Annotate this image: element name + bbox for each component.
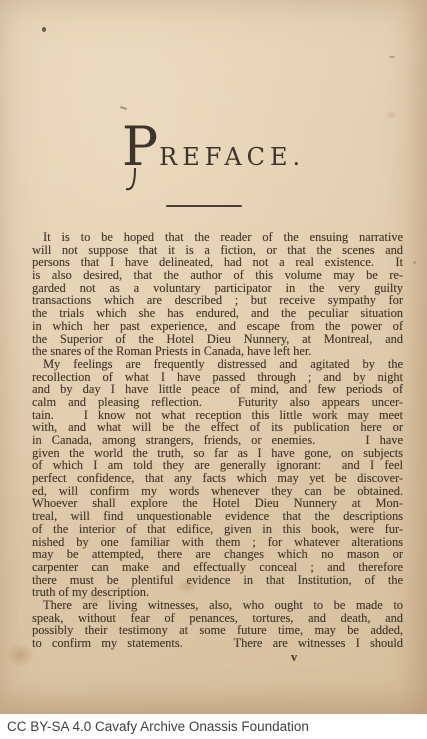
ink-speck [42, 27, 46, 32]
title-divider-rule [166, 205, 242, 207]
initial-descender-flourish [126, 168, 140, 196]
page-number: v [282, 650, 306, 665]
text-line: perfect confidence, that any facts which… [32, 472, 403, 485]
book-scan-view: P REFACE. It is to be hoped that the rea… [0, 0, 427, 739]
text-line: is also desired, that the author of this… [32, 269, 403, 282]
text-line: the snares of the Roman Priests in Canad… [32, 345, 403, 358]
preface-title: P REFACE. [0, 120, 427, 200]
title-text: REFACE. [159, 145, 305, 169]
preface-body-text: It is to be hoped that the reader of the… [32, 231, 403, 650]
text-line: There are living witnesses, also, who ou… [32, 599, 403, 612]
text-line: to confirm my statements. There are witn… [32, 637, 403, 650]
ink-speck [413, 261, 416, 264]
title-initial-letter: P [122, 120, 158, 174]
text-line: in Canada, among strangers, friends, or … [32, 434, 403, 447]
text-line: of the interior of that edifice, given i… [32, 523, 403, 536]
text-line: It is to be hoped that the reader of the… [32, 231, 403, 244]
ink-speck [389, 56, 395, 58]
ink-speck [120, 106, 127, 110]
text-line: in which her past experience, and escape… [32, 320, 403, 333]
license-text: CC BY-SA 4.0 Cavafy Archive Onassis Foun… [7, 719, 309, 734]
paper-stain [6, 643, 34, 667]
text-line: carpenter can make and effectually conce… [32, 561, 403, 574]
paper-stain [384, 110, 398, 120]
license-footer: CC BY-SA 4.0 Cavafy Archive Onassis Foun… [0, 714, 427, 739]
text-line: My feelings are frequently distressed an… [32, 358, 403, 371]
text-line: calm and pleasing reflection. Futurity a… [32, 396, 403, 409]
text-line: the trials which she has endured, and th… [32, 307, 403, 320]
scanned-page: P REFACE. It is to be hoped that the rea… [0, 0, 427, 714]
text-line: may be attempted, there are changes whic… [32, 548, 403, 561]
text-line: treal, will find unquestionable evidence… [32, 510, 403, 523]
